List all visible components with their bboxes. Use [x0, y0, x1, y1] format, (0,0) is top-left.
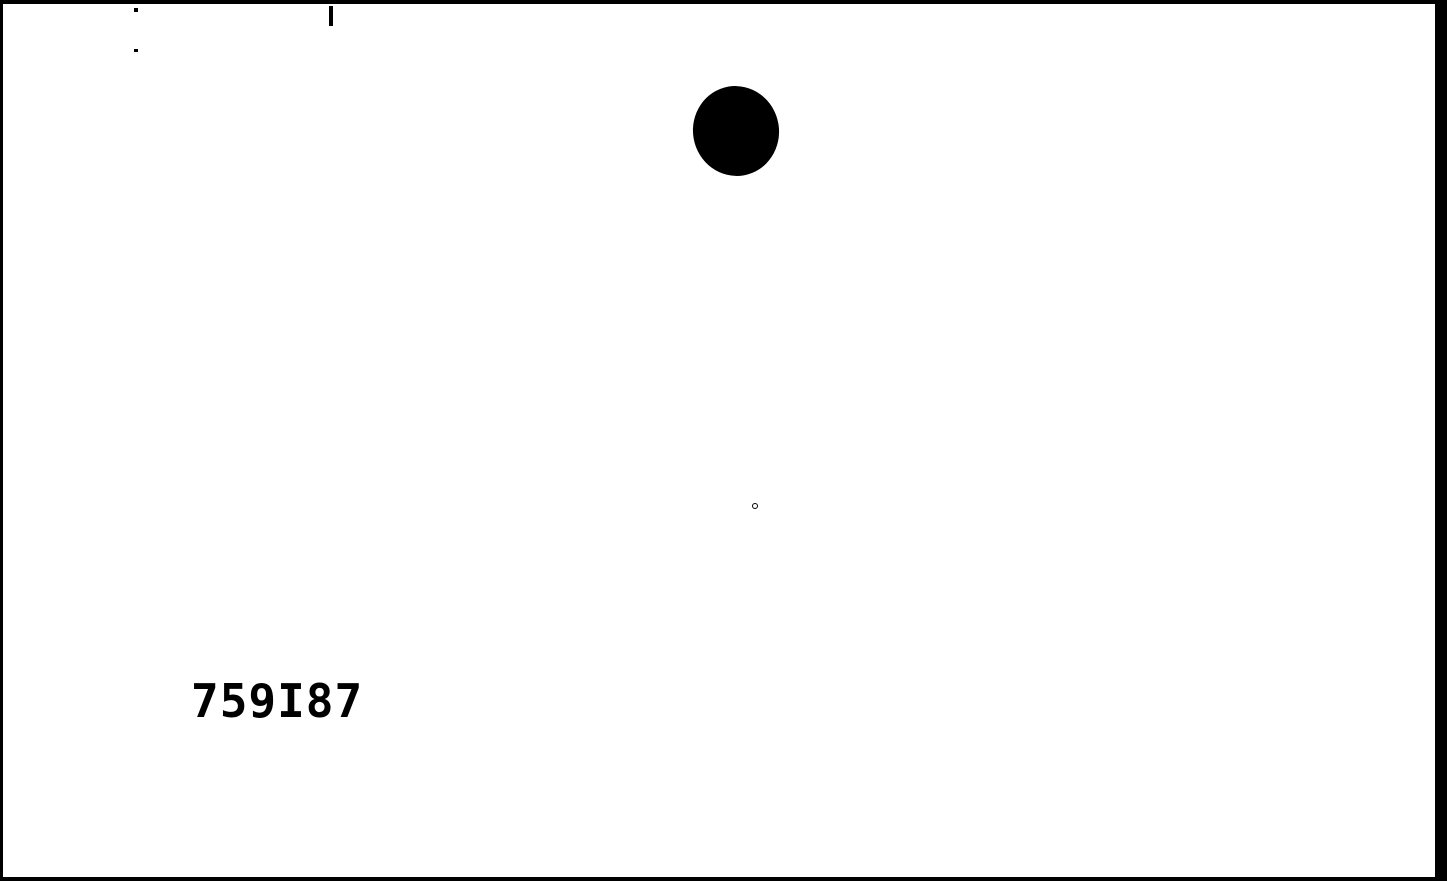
scanned-card: 759I87 [3, 4, 1435, 877]
speck [134, 49, 138, 52]
card-number: 759I87 [191, 674, 363, 728]
small-mark [752, 503, 758, 509]
speck [329, 6, 333, 26]
punch-hole [686, 79, 786, 183]
speck [134, 8, 138, 12]
